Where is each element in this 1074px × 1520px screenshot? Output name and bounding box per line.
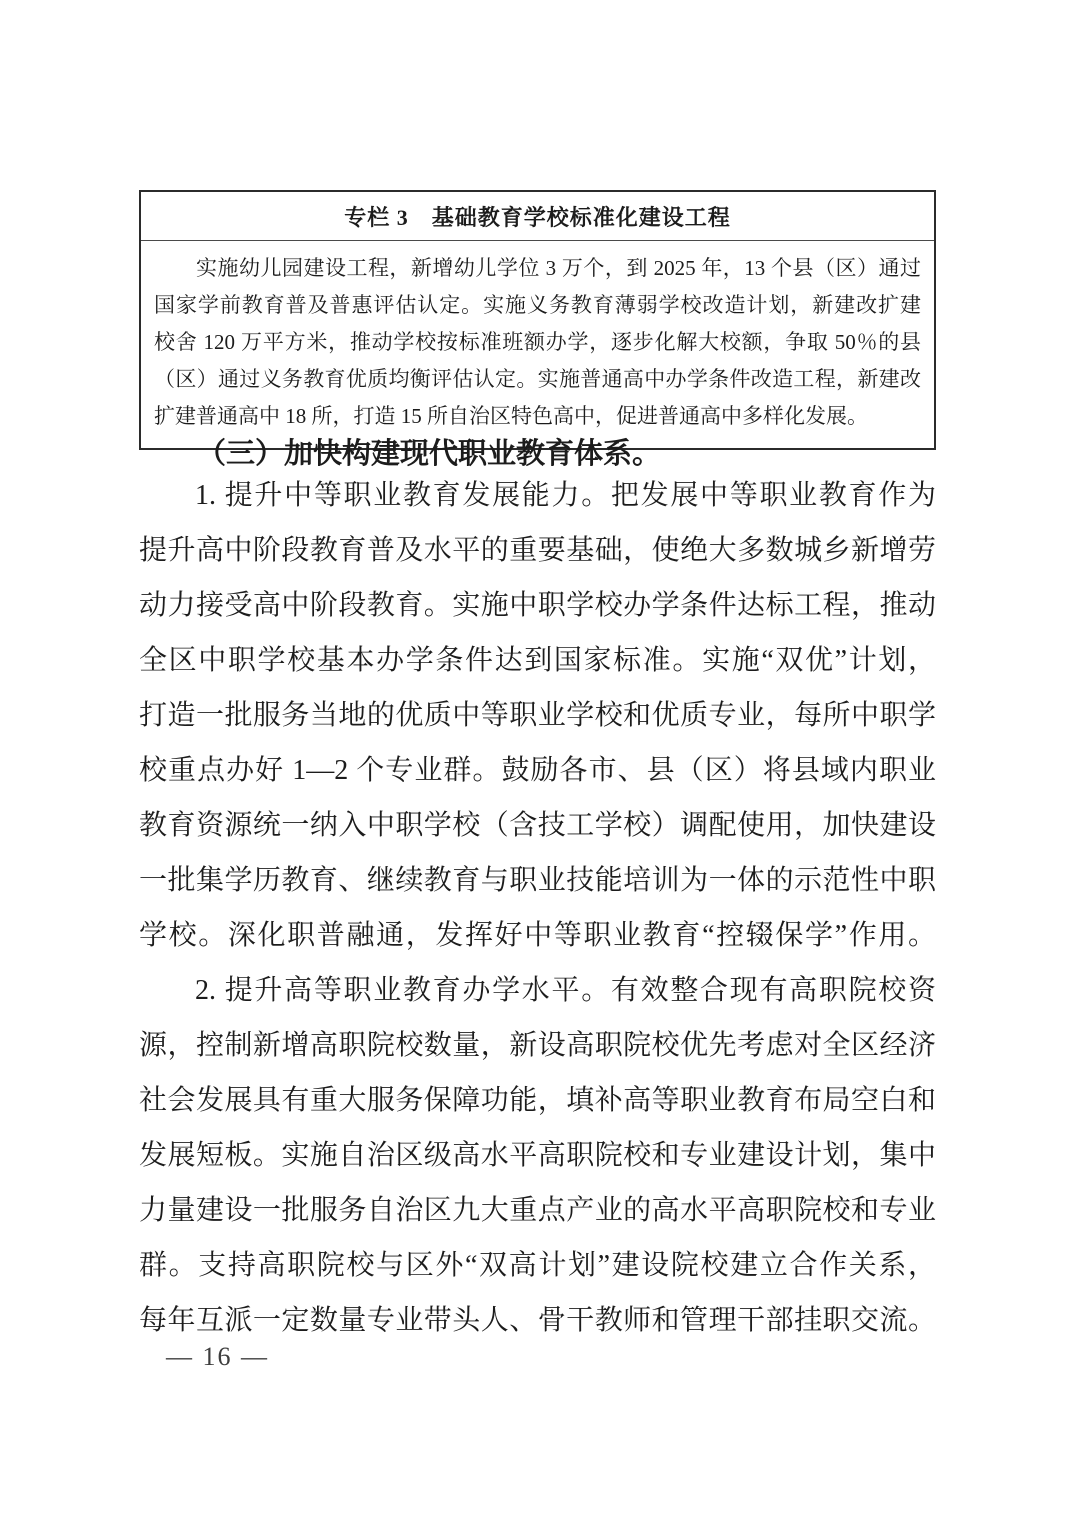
page-number: — 16 — [166, 1342, 269, 1372]
paragraph-line: 群。支持高职院校与区外“双高计划”建设院校建立合作关系， [139, 1238, 936, 1293]
paragraph-2: 2. 提升高等职业教育办学水平。有效整合现有高职院校资 源，控制新增高职院校数量… [139, 963, 936, 1348]
paragraph-line: 校重点办好 1—2 个专业群。鼓励各市、县（区）将县域内职业 [139, 743, 936, 798]
paragraph-line: 发展短板。实施自治区级高水平高职院校和专业建设计划，集中 [139, 1128, 936, 1183]
paragraph-line: 教育资源统一纳入中职学校（含技工学校）调配使用，加快建设 [139, 798, 936, 853]
paragraph-line: 学校。深化职普融通，发挥好中等职业教育“控辍保学”作用。 [139, 908, 936, 963]
paragraph-1: 1. 提升中等职业教育发展能力。把发展中等职业教育作为 提升高中阶段教育普及水平… [139, 468, 936, 963]
callout-line: 实施幼儿园建设工程，新增幼儿学位 3 万个，到 2025 年，13 个县（区）通… [154, 250, 921, 287]
callout-box-title: 专栏 3 基础教育学校标准化建设工程 [141, 192, 934, 240]
paragraph-line: 源，控制新增高职院校数量，新设高职院校优先考虑对全区经济 [139, 1018, 936, 1073]
paragraph-line: 一批集学历教育、继续教育与职业技能培训为一体的示范性中职 [139, 853, 936, 908]
paragraph-line: 每年互派一定数量专业带头人、骨干教师和管理干部挂职交流。 [139, 1293, 936, 1348]
paragraph-line: 提升高中阶段教育普及水平的重要基础，使绝大多数城乡新增劳 [139, 523, 936, 578]
paragraph-line: 力量建设一批服务自治区九大重点产业的高水平高职院校和专业 [139, 1183, 936, 1238]
document-page: 专栏 3 基础教育学校标准化建设工程 实施幼儿园建设工程，新增幼儿学位 3 万个… [0, 0, 1074, 1520]
paragraph-line: 动力接受高中阶段教育。实施中职学校办学条件达标工程，推动 [139, 578, 936, 633]
callout-box: 专栏 3 基础教育学校标准化建设工程 实施幼儿园建设工程，新增幼儿学位 3 万个… [139, 190, 936, 450]
paragraph-line: 社会发展具有重大服务保障功能，填补高等职业教育布局空白和 [139, 1073, 936, 1128]
callout-line: 校舍 120 万平方米，推动学校按标准班额办学，逐步化解大校额，争取 50％的县 [154, 324, 921, 361]
callout-line: 国家学前教育普及普惠评估认定。实施义务教育薄弱学校改造计划，新建改扩建 [154, 287, 921, 324]
paragraph-line: 全区中职学校基本办学条件达到国家标准。实施“双优”计划， [139, 633, 936, 688]
callout-box-body: 实施幼儿园建设工程，新增幼儿学位 3 万个，到 2025 年，13 个县（区）通… [141, 241, 934, 448]
paragraph-line: 打造一批服务当地的优质中等职业学校和优质专业，每所中职学 [139, 688, 936, 743]
paragraph-line: 1. 提升中等职业教育发展能力。把发展中等职业教育作为 [139, 468, 936, 523]
callout-line: （区）通过义务教育优质均衡评估认定。实施普通高中办学条件改造工程，新建改 [154, 361, 921, 398]
paragraph-line: 2. 提升高等职业教育办学水平。有效整合现有高职院校资 [139, 963, 936, 1018]
